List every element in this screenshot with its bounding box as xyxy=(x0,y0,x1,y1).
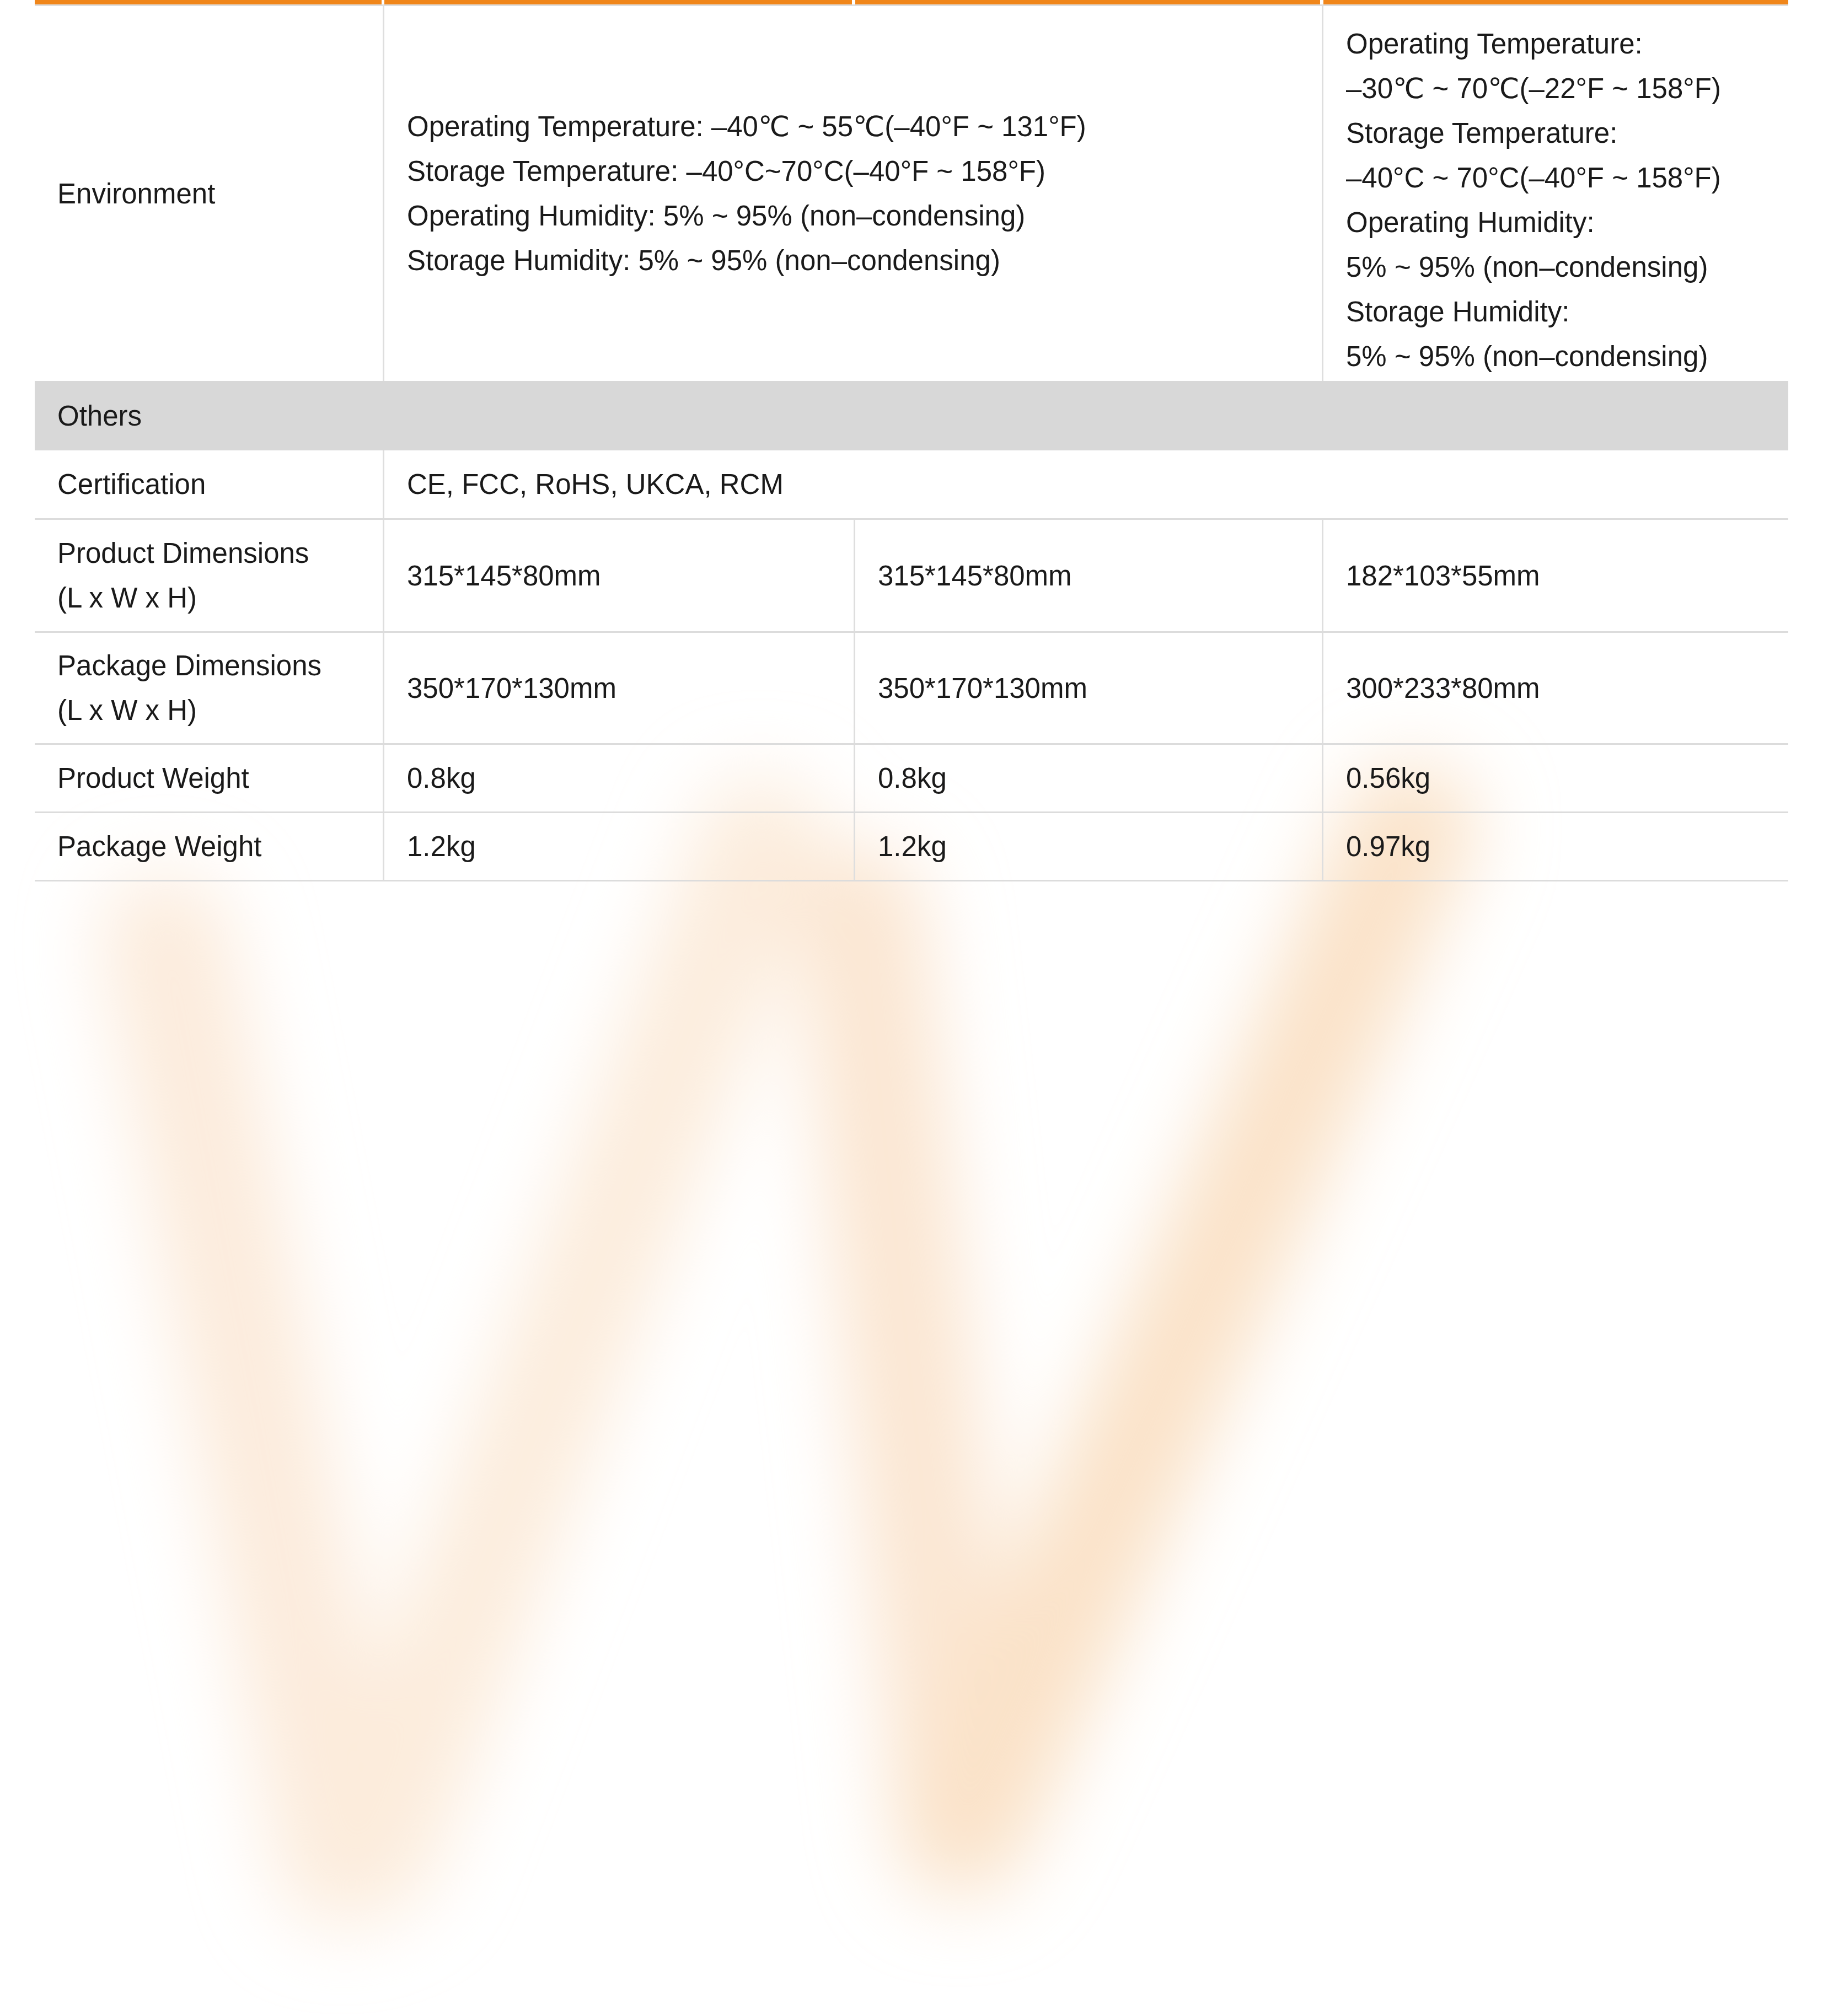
row-label: Package Dimensions (L x W x H) xyxy=(35,633,383,743)
row-value: 0.8kg xyxy=(383,745,854,811)
env-line: 5% ~ 95% (non–condensing) xyxy=(1346,334,1788,379)
row-value: 300*233*80mm xyxy=(1322,633,1788,743)
certification-value: CE, FCC, RoHS, UKCA, RCM xyxy=(383,450,1788,518)
header-bar-col3 xyxy=(1323,0,1788,4)
row-value: 182*103*55mm xyxy=(1322,520,1788,631)
row-value: 0.8kg xyxy=(854,745,1322,811)
certification-row: Certification CE, FCC, RoHS, UKCA, RCM xyxy=(35,450,1788,520)
env-line: –30℃ ~ 70℃(–22°F ~ 158°F) xyxy=(1346,66,1788,111)
table-row: Product Weight 0.8kg 0.8kg 0.56kg xyxy=(35,745,1788,813)
row-value: 0.97kg xyxy=(1322,813,1788,880)
header-bar-col0 xyxy=(35,0,382,4)
row-value: 350*170*130mm xyxy=(383,633,854,743)
table-row: Package Weight 1.2kg 1.2kg 0.97kg xyxy=(35,813,1788,881)
row-label-line: Product Dimensions xyxy=(57,531,383,576)
row-value: 315*145*80mm xyxy=(383,520,854,631)
env-line: –40°C ~ 70°C(–40°F ~ 158°F) xyxy=(1346,155,1788,200)
row-value: 1.2kg xyxy=(854,813,1322,880)
header-bar-col2 xyxy=(855,0,1320,4)
certification-label: Certification xyxy=(35,450,383,518)
row-label: Package Weight xyxy=(35,813,383,880)
environment-value-col3: Operating Temperature: –30℃ ~ 70℃(–22°F … xyxy=(1322,6,1788,381)
env-line: Storage Temperature: –40°C~70°C(–40°F ~ … xyxy=(407,149,1322,193)
env-line: Storage Temperature: xyxy=(1346,111,1788,155)
env-line: Operating Humidity: 5% ~ 95% (non–conden… xyxy=(407,193,1322,238)
row-label-line: (L x W x H) xyxy=(57,576,383,620)
table-row: Product Dimensions (L x W x H) 315*145*8… xyxy=(35,520,1788,633)
row-value: 0.56kg xyxy=(1322,745,1788,811)
row-label: Product Dimensions (L x W x H) xyxy=(35,520,383,631)
row-value: 1.2kg xyxy=(383,813,854,880)
section-title: Others xyxy=(35,381,383,450)
table-row: Package Dimensions (L x W x H) 350*170*1… xyxy=(35,633,1788,745)
row-value: 350*170*130mm xyxy=(854,633,1322,743)
env-line: Storage Humidity: xyxy=(1346,289,1788,334)
row-value: 315*145*80mm xyxy=(854,520,1322,631)
row-label-line: (L x W x H) xyxy=(57,688,383,733)
env-line: Storage Humidity: 5% ~ 95% (non–condensi… xyxy=(407,238,1322,283)
env-line: 5% ~ 95% (non–condensing) xyxy=(1346,245,1788,289)
header-bar-col1 xyxy=(384,0,852,4)
row-label: Product Weight xyxy=(35,745,383,811)
environment-value-col12: Operating Temperature: –40℃ ~ 55℃(–40°F … xyxy=(383,6,1322,381)
row-label-line: Package Dimensions xyxy=(57,643,383,688)
env-line: Operating Temperature: –40℃ ~ 55℃(–40°F … xyxy=(407,104,1322,149)
environment-row: Environment Operating Temperature: –40℃ … xyxy=(35,6,1788,381)
env-line: Operating Humidity: xyxy=(1346,200,1788,245)
env-line: Operating Temperature: xyxy=(1346,21,1788,66)
environment-label: Environment xyxy=(35,6,383,381)
others-section-header: Others xyxy=(35,381,1788,450)
